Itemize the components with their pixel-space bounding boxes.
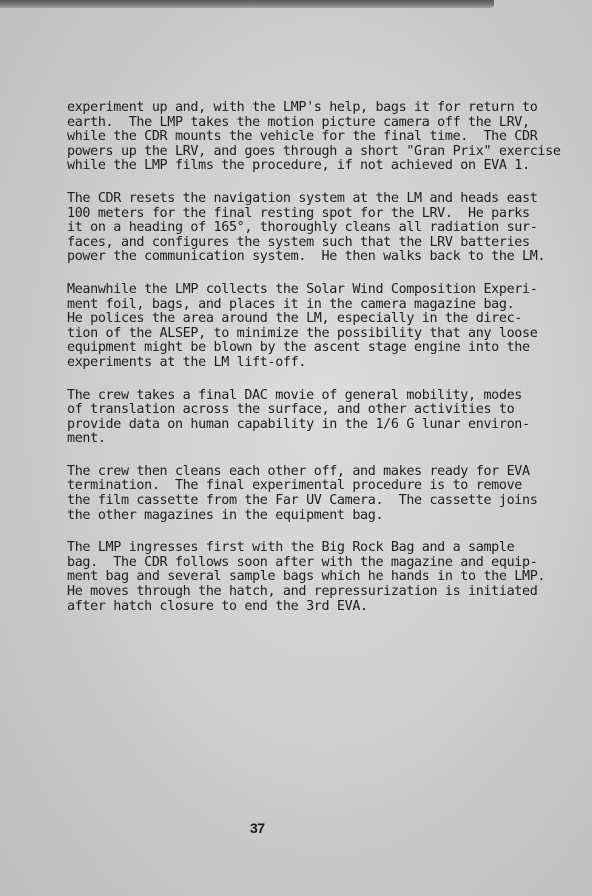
paragraph-lmp-collects-solar-wind: Meanwhile the LMP collects the Solar Win… [67,283,547,371]
paragraph-ingress: The LMP ingresses first with the Big Roc… [67,541,547,614]
document-body: experiment up and, with the LMP's help, … [67,101,547,632]
paragraph-lrv-gran-prix: experiment up and, with the LMP's help, … [67,101,547,174]
page-number: 37 [250,820,265,836]
paragraph-dac-movie: The crew takes a final DAC movie of gene… [67,389,547,447]
paragraph-cdr-resets-navigation: The CDR resets the navigation system at … [67,192,547,265]
scanned-page-top-edge [0,0,494,8]
paragraph-eva-termination: The crew then cleans each other off, and… [67,465,547,523]
